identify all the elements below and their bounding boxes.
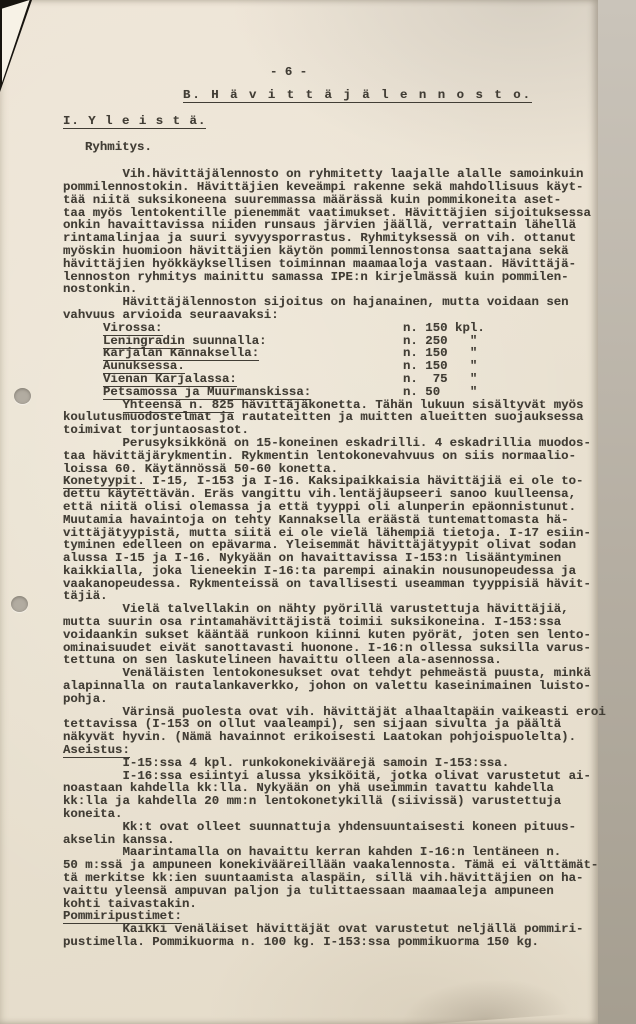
paragraph-yhteensa: Yhteensä n. 825 hävittäjäkonetta. Tähän … [63, 399, 611, 437]
paragraph-maarintamalla: Maarintamalla on havaittu kerran kahden … [63, 846, 611, 910]
paragraph-text: I-15, I-153 ja I-16. Kaksipaikkaisia häv… [63, 474, 591, 603]
strength-label: Petsamossa ja Muurmanskissa: [103, 385, 311, 400]
strength-value: n. 50 " [403, 386, 477, 399]
strength-row: Virossa:n. 150 kpl. [63, 322, 611, 335]
subsection-heading: Ryhmitys. [85, 140, 152, 154]
paragraph-perusyksikko: Perusyksikkönä on 15-koneinen eskadrilli… [63, 437, 611, 475]
section-heading-line: I. Y l e i s t ä. [63, 115, 611, 128]
punch-hole [14, 388, 31, 404]
paragraph-sijoitus: Hävittäjälennoston sijoitus on hajanaine… [63, 296, 611, 322]
heading-aseistus-line: Aseistus: [63, 744, 611, 757]
strength-row: Vienan Karjalassa:n. 75 " [63, 373, 611, 386]
strength-row: Petsamossa ja Muurmanskissa:n. 50 " [63, 386, 611, 399]
section-heading: I. Y l e i s t ä. [63, 114, 206, 129]
paragraph-konetyypit: Konetyypit. I-15, I-153 ja I-16. Kaksipa… [63, 475, 611, 603]
page-number-line: - 6 - [63, 66, 611, 79]
document-body: - 6 - B. H ä v i t t ä j ä l e n n o s t… [63, 66, 611, 949]
paragraph-kkt: Kk:t ovat olleet suunnattuja yhdensuunta… [63, 821, 611, 847]
paragraph-aseistus-i15: I-15:ssa 4 kpl. runkokonekiväärejä samoi… [63, 757, 611, 770]
paragraph-pommiripustimet: Kaikki venäläiset hävittäjät ovat varust… [63, 923, 611, 949]
strength-list: Virossa:n. 150 kpl. Leningradin suunnall… [63, 322, 611, 399]
document-title-line: B. H ä v i t t ä j ä l e n n o s t o. [63, 89, 611, 102]
page-number: - 6 - [270, 65, 307, 79]
document-title: B. H ä v i t t ä j ä l e n n o s t o. [183, 88, 532, 103]
paragraph-varinsa: Värinsä puolesta ovat vih. hävittäjät al… [63, 706, 611, 744]
strength-value: n. 75 " [403, 373, 477, 386]
subsection-heading-line: Ryhmitys. [63, 141, 611, 154]
strength-value: n. 150 kpl. [403, 322, 485, 335]
paragraph-aseistus-i16: I-16:ssa esiintyi alussa yksiköitä, jotk… [63, 770, 611, 821]
paragraph-viela-talvellakin: Vielä talvellakin on nähty pyörillä varu… [63, 603, 611, 667]
paragraph-ryhmitys: Vih.hävittäjälennosto on ryhmitetty laaj… [63, 168, 611, 296]
paragraph-lentokonesukset: Venäläisten lentokonesukset ovat tehdyt … [63, 667, 611, 705]
punch-hole [11, 596, 28, 612]
